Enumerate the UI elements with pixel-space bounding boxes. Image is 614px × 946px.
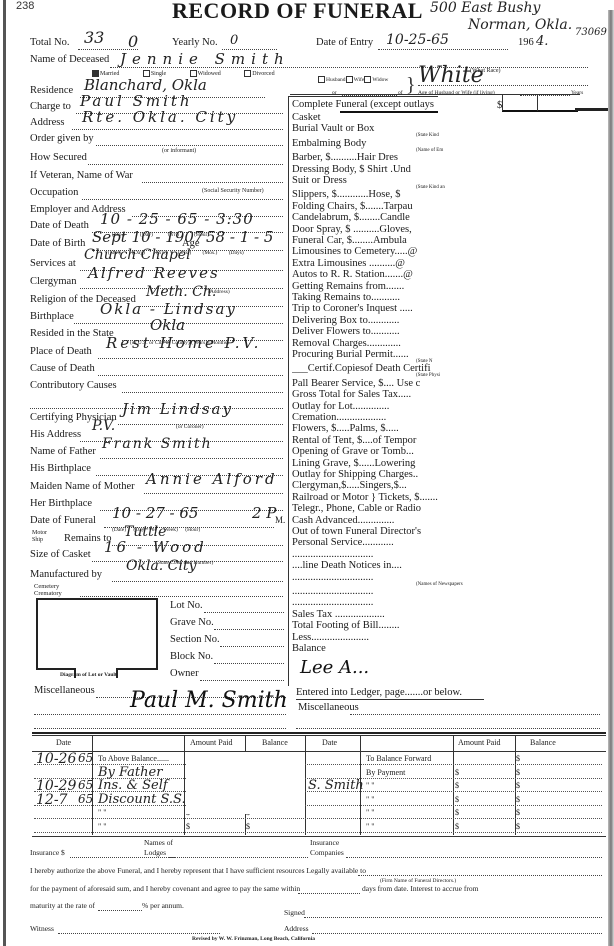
place-of-death-label: Place of Death xyxy=(30,346,92,357)
charge-item[interactable]: Funeral Car, $........Ambula xyxy=(292,235,438,246)
birthplace-label: Birthplace xyxy=(30,311,74,322)
ledger-right-description[interactable]: By Payment xyxy=(366,768,405,777)
total-no-label: Total No. xyxy=(30,37,70,48)
ledger-amount-header-right: Amount Paid xyxy=(458,738,500,747)
days-text: days from date. Interest to accrue from xyxy=(362,884,478,893)
charge-item[interactable]: Getting Remains from....... xyxy=(292,281,438,292)
insurance-label: Insurance $ xyxy=(30,848,65,857)
contributory-causes-label: Contributory Causes xyxy=(30,380,117,391)
revised-by-text: Revised by W. W. Frinzman, Long Beach, C… xyxy=(192,936,315,942)
checkbox-wife[interactable]: Wife xyxy=(346,77,365,83)
charge-item[interactable]: Clergyman,$.....Singers,$... xyxy=(292,480,438,491)
charge-item[interactable]: ....line Death Notices in.... xyxy=(292,560,438,571)
payment-text: for the payment of aforesaid sum, and I … xyxy=(30,884,300,893)
checkbox-divorced[interactable]: Divorced xyxy=(244,71,274,77)
age-value[interactable]: 58 - 1 - 5 xyxy=(206,228,273,246)
ledger-date-header-right: Date xyxy=(322,738,337,747)
race-value[interactable]: White xyxy=(418,63,484,88)
miscellaneous-right-label: Miscellaneous xyxy=(298,702,359,713)
ledger-right-balance[interactable]: $ xyxy=(516,768,520,777)
charge-item[interactable]: Lining Grave, $......Lowering xyxy=(292,458,438,469)
stamp-address-line-1: 500 East Bushy xyxy=(430,0,540,16)
authorize-text: I hereby authorize the above Funeral, an… xyxy=(30,866,366,875)
date-of-entry-value[interactable]: 10-25-65 xyxy=(386,32,449,48)
maiden-name-mother-value[interactable]: Annie Alford xyxy=(146,470,278,488)
ledger-right-description[interactable]: " " xyxy=(366,781,375,790)
services-at-label: Services at xyxy=(30,258,76,269)
ledger-right-balance[interactable]: $ xyxy=(516,795,520,804)
motor-ship-label: MotorShip xyxy=(32,530,47,544)
companies-label-1: Insurance xyxy=(310,838,339,847)
clergyman-value[interactable]: Alfred Reeves xyxy=(88,264,220,282)
ledger-left-description[interactable]: Discount S.S. xyxy=(98,792,186,807)
section-no-label: Section No. xyxy=(170,634,220,645)
lot-diagram-caption: Diagram of Lot or Vault xyxy=(60,672,117,678)
miscellaneous-label: Miscellaneous xyxy=(34,685,95,696)
ledger-date-header-left: Date xyxy=(56,738,71,747)
ledger-left-year[interactable]: 65 xyxy=(78,778,93,792)
age-spouse-unit: Years xyxy=(571,90,583,96)
charge-item[interactable]: Sales Tax ................... xyxy=(292,609,438,620)
occupation-label: Occupation xyxy=(30,187,78,198)
ledger-amount-header-left: Amount Paid xyxy=(190,738,232,747)
name-of-deceased-label: Name of Deceased xyxy=(30,54,109,65)
date-of-funeral-value[interactable]: 10 - 27 - 65 xyxy=(112,504,198,522)
address-footer-label: Address xyxy=(284,924,309,933)
how-secured-label: How Secured xyxy=(30,152,87,163)
charge-item[interactable]: Casket xyxy=(292,112,438,123)
ledger-right-amount[interactable]: $ xyxy=(455,768,459,777)
charge-item[interactable]: Door Spray, $ ..........Gloves, xyxy=(292,224,438,235)
checkbox-husband[interactable]: Husband xyxy=(318,77,346,83)
ledger-balance-header-right: Balance xyxy=(530,738,556,747)
charge-item[interactable]: Balance xyxy=(292,643,438,654)
stamp-address-zip: 73069 xyxy=(575,27,607,38)
lodges-label-1: Names of xyxy=(144,838,173,847)
charge-item[interactable]: Cash Advanced.............. xyxy=(292,515,438,526)
charge-to-label: Charge to xyxy=(30,101,71,112)
funeral-hour-value[interactable]: 2 P xyxy=(252,504,276,522)
ledger-right-amount[interactable]: $ xyxy=(455,795,459,804)
charge-item[interactable]: ............................... xyxy=(292,586,438,597)
charge-item[interactable]: Railroad or Motor } Tickets, $........ xyxy=(292,492,438,503)
witness-label: Witness xyxy=(30,924,54,933)
charge-item[interactable]: Slippers, $............Hose, $ xyxy=(292,189,438,200)
maiden-name-mother-label: Maiden Name of Mother xyxy=(30,481,135,492)
block-no-label: Block No. xyxy=(170,651,213,662)
size-of-casket-value[interactable]: 16 - Wood xyxy=(104,538,207,556)
total-no-extra: 0 xyxy=(128,32,138,51)
charge-item[interactable]: Autos to R. R. Station.......@ xyxy=(292,269,438,280)
manufactured-by-label: Manufactured by xyxy=(30,569,102,580)
ledger-left-amount[interactable]: $ xyxy=(186,822,190,831)
companies-label-2: Companies xyxy=(310,848,344,857)
date-of-funeral-label: Date of Funeral xyxy=(30,515,96,526)
charge-item[interactable]: Cremation................... xyxy=(292,412,438,423)
charge-item[interactable]: Rental of Tent, $....of Tempor xyxy=(292,435,438,446)
spouse-checkboxes: HusbandWifeWidow xyxy=(318,76,388,83)
lot-diagram-box xyxy=(36,598,158,670)
date-of-death-value[interactable]: 10 - 25 - 65 - 3:30 xyxy=(100,210,254,228)
charge-item[interactable]: Gross Total for Sales Tax..... xyxy=(292,389,438,400)
charge-item[interactable]: ............................... xyxy=(292,597,438,608)
grave-no-label: Grave No. xyxy=(170,617,214,628)
name-of-father-label: Name of Father xyxy=(30,446,96,457)
her-birthplace-label: Her Birthplace xyxy=(30,498,92,509)
funeral-meridiem: M. xyxy=(275,515,285,525)
charge-item[interactable]: Less...................... xyxy=(292,632,438,643)
ledger-balance-header-left: Balance xyxy=(262,738,288,747)
ssn-hint: (Social Security Number) xyxy=(202,188,264,194)
charge-item[interactable]: Removal Charges............. xyxy=(292,338,438,349)
size-of-casket-label: Size of Casket xyxy=(30,549,91,560)
yearly-no-value[interactable]: 0 xyxy=(230,33,238,48)
ledger-right-amount[interactable]: $ xyxy=(455,822,459,831)
charge-item[interactable]: Total Footing of Bill........ xyxy=(292,620,438,631)
ledger-right-description[interactable]: " " xyxy=(366,808,375,817)
ledger-right-balance[interactable]: $ xyxy=(516,754,520,763)
charge-item[interactable]: Taking Remains to........... xyxy=(292,292,438,303)
resided-in-state-value[interactable]: Okla xyxy=(150,316,185,334)
race-hint: (What Race) xyxy=(470,68,500,74)
ledger-right-description[interactable]: " " xyxy=(366,822,375,831)
his-address-value[interactable]: P.V. xyxy=(92,418,115,434)
ledger-left-description[interactable]: " " xyxy=(98,808,107,817)
charge-item[interactable]: Out of town Funeral Director's xyxy=(292,526,438,537)
cause-of-death-label: Cause of Death xyxy=(30,363,95,374)
charge-item[interactable]: Extra Limousines ..........@ xyxy=(292,258,438,269)
charge-item[interactable]: Barber, $..........Hair Dres xyxy=(292,152,438,163)
charge-item[interactable]: Flowers, $.....Palms, $..... xyxy=(292,423,438,434)
checkbox-widow[interactable]: Widow xyxy=(364,77,388,83)
ledger-left-balance[interactable]: $ xyxy=(246,822,250,831)
place-of-death-value[interactable]: Rest Home P.V. xyxy=(106,334,261,352)
charge-item[interactable]: Dressing Body, $ Shirt .Und xyxy=(292,164,438,175)
yearly-no-label: Yearly No. xyxy=(172,37,218,48)
charge-item[interactable]: Opening of Grave or Tomb... xyxy=(292,446,438,457)
customer-signature: Paul M. Smith xyxy=(130,688,288,713)
charge-item[interactable]: Telegr., Phone, Cable or Radio xyxy=(292,503,438,514)
order-given-by-hint: (or informant) xyxy=(162,148,196,154)
page-number: 238 xyxy=(16,0,34,12)
date-of-entry-label: Date of Entry xyxy=(316,37,373,48)
charge-item[interactable]: Personal Service............ xyxy=(292,537,438,548)
order-given-by-label: Order given by xyxy=(30,133,94,144)
year-handwritten: 4. xyxy=(536,34,548,49)
charge-item[interactable]: Limousines to Cemetery.....@ xyxy=(292,246,438,257)
charge-item[interactable]: Outlay for Shipping Charges.. xyxy=(292,469,438,480)
ledger-top-rule xyxy=(32,732,606,734)
his-birthplace-label: His Birthplace xyxy=(30,463,91,474)
certifying-physician-value[interactable]: Jim Lindsay xyxy=(122,400,233,418)
charge-item[interactable]: Pall Bearer Service, $.... Use c xyxy=(292,378,438,389)
residence-label: Residence xyxy=(30,85,73,96)
manufactured-by-value[interactable]: Okla. City xyxy=(126,558,196,574)
stamp-address-line-2: Norman, Okla. xyxy=(468,17,572,33)
ledger-right-amount[interactable]: $ xyxy=(455,808,459,817)
charge-item[interactable]: Candelabrum, $........Candle xyxy=(292,212,438,223)
ledger-left-description[interactable]: To Above Balance...... xyxy=(98,754,169,763)
total-no-value[interactable]: 33 xyxy=(84,28,104,47)
document-title: RECORD OF FUNERAL xyxy=(172,0,423,24)
ledger-entry-line: Entered into Ledger, page.......or below… xyxy=(296,687,462,698)
ledger-right-amount[interactable]: $ xyxy=(455,781,459,790)
lot-no-label: Lot No. xyxy=(170,600,203,611)
ledger-right-balance[interactable]: $ xyxy=(516,808,520,817)
charge-item[interactable]: Delivering Box to............ xyxy=(292,315,438,326)
right-page-edge xyxy=(608,10,614,946)
ledger-right-description[interactable]: To Balance Forward xyxy=(366,754,431,763)
left-border xyxy=(3,0,6,946)
charge-item[interactable]: ............................... xyxy=(292,549,438,560)
year-prefix: 196 xyxy=(518,37,534,48)
ledger-right-balance[interactable]: $ xyxy=(516,781,520,790)
lodges-label-2: Lodges xyxy=(144,848,166,857)
owner-label: Owner xyxy=(170,668,199,679)
veteran-label: If Veteran, Name of War xyxy=(30,170,133,181)
charge-item[interactable]: Deliver Flowers to........... xyxy=(292,326,438,337)
date-of-death-label: Date of Death xyxy=(30,220,89,231)
religion-value[interactable]: Meth. Ch. xyxy=(146,284,216,300)
signed-label: Signed xyxy=(284,908,305,917)
ledger-right-description[interactable]: " " xyxy=(366,795,375,804)
clergyman-label: Clergyman xyxy=(30,276,76,287)
cemetery-crematory-label: CemeteryCrematory xyxy=(34,583,62,597)
ledger-right-balance[interactable]: $ xyxy=(516,822,520,831)
charge-item[interactable]: Outlay for Lot.............. xyxy=(292,401,438,412)
ledger-right-date[interactable]: S. Smith xyxy=(308,778,364,793)
charges-header: Complete Funeral (except outlays xyxy=(292,99,434,110)
ledger-left-date[interactable]: 10-26 xyxy=(36,751,76,767)
charge-item[interactable]: Trip to Coroner's Inquest ..... xyxy=(292,303,438,314)
ledger-left-description[interactable]: " " xyxy=(98,822,107,831)
date-of-birth-label: Date of Birth xyxy=(30,238,85,249)
maturity-text: maturity at the rate of xyxy=(30,901,95,910)
his-address-label: His Address xyxy=(30,429,81,440)
address-label: Address xyxy=(30,117,64,128)
funeral-record-page: 238 RECORD OF FUNERAL 500 East Bushy Nor… xyxy=(0,0,614,946)
name-of-deceased-value[interactable]: Jennie Smith xyxy=(120,50,290,68)
charge-item[interactable]: Folding Chairs, $.......Tarpau xyxy=(292,201,438,212)
name-of-father-value[interactable]: Frank Smith xyxy=(102,436,213,452)
address-value[interactable]: Rte. Okla. City xyxy=(82,108,238,126)
percent-text: % per annum. xyxy=(142,901,184,910)
ledger-left-date[interactable]: 12-7 xyxy=(36,792,67,808)
physician-hint: (or Coroner) xyxy=(176,424,204,430)
resided-in-state-label: Resided in the State xyxy=(30,328,114,339)
ledger-left-year[interactable]: 65 xyxy=(78,792,93,806)
ledger-left-year[interactable]: 65 xyxy=(78,751,93,765)
services-at-value[interactable]: Church Chapel xyxy=(84,247,191,263)
